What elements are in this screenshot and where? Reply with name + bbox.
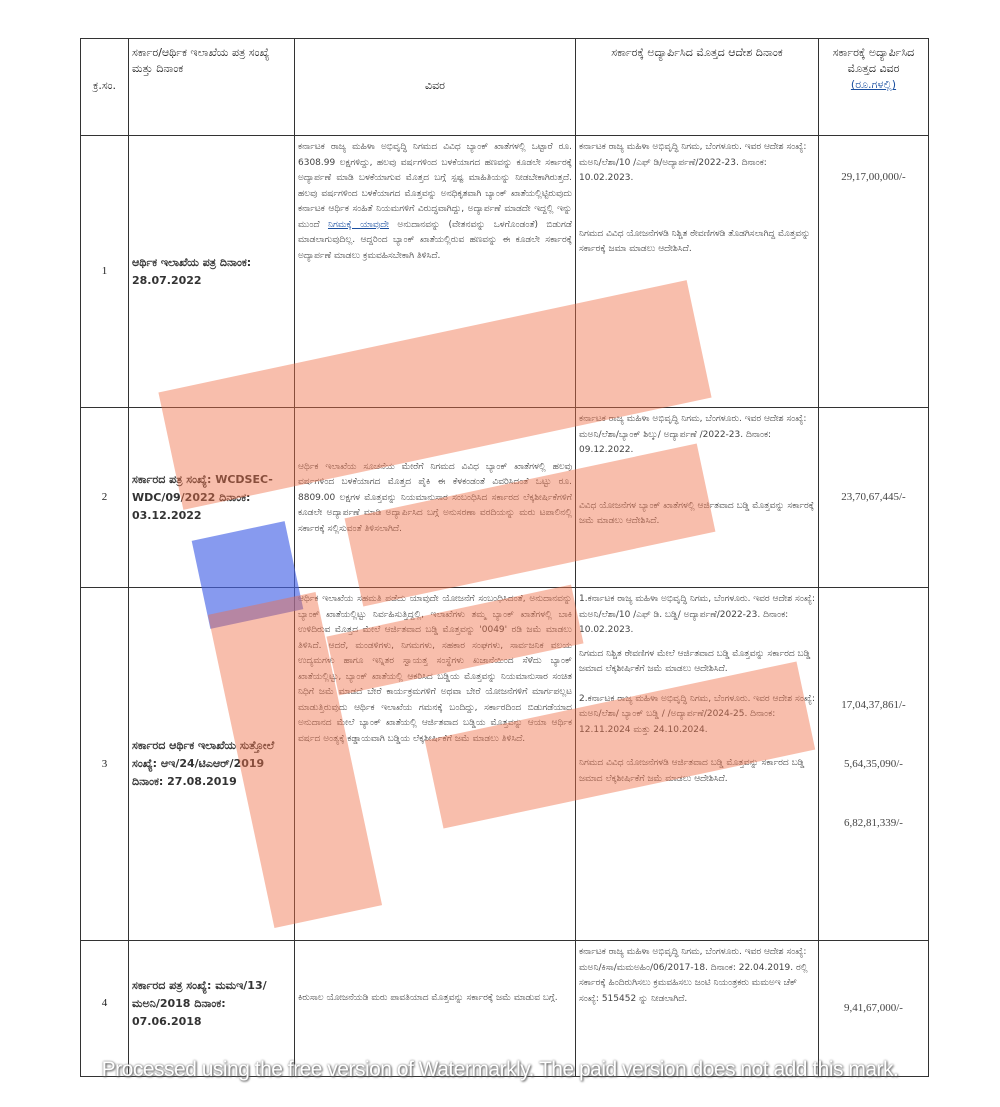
- row-order: 1.ಕರ್ನಾಟಕ ರಾಜ್ಯ ಮಹಿಳಾ ಅಭಿವೃದ್ಧಿ ನಿಗಮ, ಬೆ…: [576, 588, 819, 941]
- row-amount: 29,17,00,000/-: [819, 136, 929, 408]
- amount-value: 6,82,81,339/-: [822, 794, 925, 853]
- order-text: ಕರ್ನಾಟಕ ರಾಜ್ಯ ಮಹಿಳಾ ಅಭಿವೃದ್ಧಿ ನಿಗಮ, ಬೆಂಗ…: [579, 945, 815, 1007]
- row-details: ಆರ್ಥಿಕ ಇಲಾಖೆಯ ಸೂಚನೆಯ ಮೇರೆಗೆ ನಿಗಮದ ವಿವಿಧ …: [295, 408, 576, 588]
- row-reference: ಆರ್ಥಿಕ ಇಲಾಖೆಯ ಪತ್ರ ದಿನಾಂಕ: 28.07.2022: [129, 136, 295, 408]
- table-row: 2 ಸರ್ಕಾರದ ಪತ್ರ ಸಂಖ್ಯೆ: WCDSEC-WDC/09/202…: [81, 408, 929, 588]
- table-row: 3 ಸರ್ಕಾರದ ಆರ್ಥಿಕ ಇಲಾಖೆಯ ಸುತ್ತೋಲೆ ಸಂಖ್ಯೆ:…: [81, 588, 929, 941]
- order-text: ನಿಗಮದ ವಿವಿಧ ಯೋಜನೆಗಳಡಿ ನಿಶ್ಚಿತ ಠೇವಣಿಗಳಡಿ …: [579, 227, 815, 258]
- deposit-table: ಕ್ರ.ಸಂ. ಸರ್ಕಾರ/ಆರ್ಥಿಕ ಇಲಾಖೆಯ ಪತ್ರ ಸಂಖ್ಯೆ…: [80, 38, 929, 1077]
- row-amount: 9,41,67,000/-: [819, 941, 929, 1077]
- order-text: ಕರ್ನಾಟಕ ರಾಜ್ಯ ಮಹಿಳಾ ಅಭಿವೃದ್ಧಿ ನಿಗಮ, ಬೆಂಗ…: [579, 412, 815, 459]
- row-details: ಆರ್ಥಿಕ ಇಲಾಖೆಯ ಸಹಮತಿ ಪಡೆದು ಯಾವುದೇ ಯೋಜನೆಗೆ…: [295, 588, 576, 941]
- row-amount: 23,70,67,445/-: [819, 408, 929, 588]
- order-text: 1.ಕರ್ನಾಟಕ ರಾಜ್ಯ ಮಹಿಳಾ ಅಭಿವೃದ್ಧಿ ನಿಗಮ, ಬೆ…: [579, 592, 815, 639]
- row-order: ಕರ್ನಾಟಕ ರಾಜ್ಯ ಮಹಿಳಾ ಅಭಿವೃದ್ಧಿ ನಿಗಮ, ಬೆಂಗ…: [576, 408, 819, 588]
- order-text: 2.ಕರ್ನಾಟಕ ರಾಜ್ಯ ಮಹಿಳಾ ಅಭಿವೃದ್ಧಿ ನಿಗಮ, ಬೆ…: [579, 692, 815, 739]
- header-reference: ಸರ್ಕಾರ/ಆರ್ಥಿಕ ಇಲಾಖೆಯ ಪತ್ರ ಸಂಖ್ಯೆ ಮತ್ತು ದ…: [129, 39, 295, 136]
- details-text: ಕರ್ನಾಟಕ ರಾಜ್ಯ ಮಹಿಳಾ ಅಭಿವೃದ್ಧಿ ನಿಗಮದ ವಿವಿ…: [298, 142, 572, 230]
- row-serial: 1: [81, 136, 129, 408]
- document-page: ಕ್ರ.ಸಂ. ಸರ್ಕಾರ/ಆರ್ಥಿಕ ಇಲಾಖೆಯ ಪತ್ರ ಸಂಖ್ಯೆ…: [80, 38, 928, 1077]
- header-amount-label: ಸರ್ಕಾರಕ್ಕೆ ಅದ್ಯಾರ್ಪಿಸಿದ ಮೊತ್ತದ ವಿವರ: [833, 46, 915, 75]
- table-row: 4 ಸರ್ಕಾರದ ಪತ್ರ ಸಂಖ್ಯೆ: ಮಮಇ/13/ಮಅನಿ/2018 …: [81, 941, 929, 1077]
- row-serial: 4: [81, 941, 129, 1077]
- amount-value: 5,64,35,090/-: [822, 735, 925, 794]
- row-details: ಕರ್ನಾಟಕ ರಾಜ್ಯ ಮಹಿಳಾ ಅಭಿವೃದ್ಧಿ ನಿಗಮದ ವಿವಿ…: [295, 136, 576, 408]
- row-serial: 3: [81, 588, 129, 941]
- amount-value: 23,70,67,445/-: [841, 491, 905, 503]
- row-details: ಕಿರುಸಾಲ ಯೋಜನೆಯಡಿ ಮರು ಪಾವತಿಯಾದ ಮೊತ್ತವನ್ನು…: [295, 941, 576, 1077]
- row-reference: ಸರ್ಕಾರದ ಪತ್ರ ಸಂಖ್ಯೆ: WCDSEC-WDC/09/2022 …: [129, 408, 295, 588]
- amount-value: 17,04,37,861/-: [822, 676, 925, 735]
- order-text: ವಿವಿಧ ಯೋಜನೆಗಳ ಬ್ಯಾಂಕ್ ಖಾತೆಗಳಲ್ಲಿ ಆರ್ಜಿತವ…: [579, 499, 815, 530]
- row-serial: 2: [81, 408, 129, 588]
- row-order: ಕರ್ನಾಟಕ ರಾಜ್ಯ ಮಹಿಳಾ ಅಭಿವೃದ್ಧಿ ನಿಗಮ, ಬೆಂಗ…: [576, 941, 819, 1077]
- row-order: ಕರ್ನಾಟಕ ರಾಜ್ಯ ಮಹಿಳಾ ಅಭಿವೃದ್ಧಿ ನಿಗಮ, ಬೆಂಗ…: [576, 136, 819, 408]
- header-amount: ಸರ್ಕಾರಕ್ಕೆ ಅದ್ಯಾರ್ಪಿಸಿದ ಮೊತ್ತದ ವಿವರ (ರೂ.…: [819, 39, 929, 136]
- table-row: 1 ಆರ್ಥಿಕ ಇಲಾಖೆಯ ಪತ್ರ ದಿನಾಂಕ: 28.07.2022 …: [81, 136, 929, 408]
- header-serial: ಕ್ರ.ಸಂ.: [81, 39, 129, 136]
- header-details: ವಿವರ: [295, 39, 576, 136]
- table-header-row: ಕ್ರ.ಸಂ. ಸರ್ಕಾರ/ಆರ್ಥಿಕ ಇಲಾಖೆಯ ಪತ್ರ ಸಂಖ್ಯೆ…: [81, 39, 929, 136]
- details-link[interactable]: ನಿಗಮಕ್ಕೆ ಯಾವುದೇ: [328, 220, 389, 230]
- row-reference: ಸರ್ಕಾರದ ಆರ್ಥಿಕ ಇಲಾಖೆಯ ಸುತ್ತೋಲೆ ಸಂಖ್ಯೆ: ಆ…: [129, 588, 295, 941]
- order-text: ನಿಗಮದ ವಿವಿಧ ಯೋಜನೆಗಳಡಿ ಆರ್ಜಿತವಾದ ಬಡ್ಡಿ ಮೊ…: [579, 756, 815, 787]
- row-reference: ಸರ್ಕಾರದ ಪತ್ರ ಸಂಖ್ಯೆ: ಮಮಇ/13/ಮಅನಿ/2018 ದಿ…: [129, 941, 295, 1077]
- header-amount-unit-link[interactable]: (ರೂ.ಗಳಲ್ಲಿ): [851, 78, 896, 91]
- order-text: ಕರ್ನಾಟಕ ರಾಜ್ಯ ಮಹಿಳಾ ಅಭಿವೃದ್ಧಿ ನಿಗಮ, ಬೆಂಗ…: [579, 140, 815, 187]
- amount-value: 9,41,67,000/-: [844, 1002, 903, 1014]
- order-text: ನಿಗಮದ ನಿಶ್ಚಿತ ಠೇವಣಿಗಳ ಮೇಲೆ ಆರ್ಜಿತವಾದ ಬಡ್…: [579, 647, 815, 678]
- header-order: ಸರ್ಕಾರಕ್ಕೆ ಅದ್ಯಾರ್ಪಿಸಿದ ಮೊತ್ತದ ಆದೇಶ ದಿನಾ…: [576, 39, 819, 136]
- amount-value: 29,17,00,000/-: [841, 171, 905, 183]
- row-amount: 17,04,37,861/- 5,64,35,090/- 6,82,81,339…: [819, 588, 929, 941]
